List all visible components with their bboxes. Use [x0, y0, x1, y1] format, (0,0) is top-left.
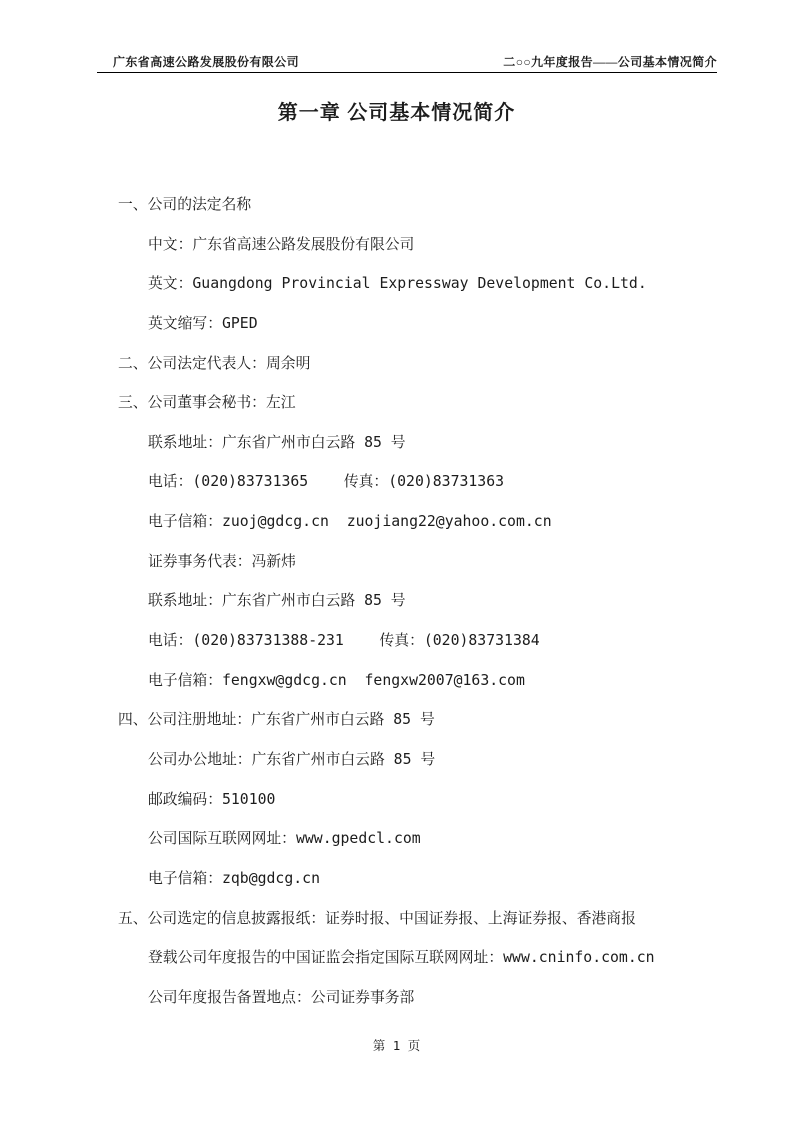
document-line: 电子信箱：zqb@gdcg.cn — [97, 859, 757, 899]
document-line: 中文：广东省高速公路发展股份有限公司 — [97, 225, 757, 265]
document-line: 邮政编码：510100 — [97, 780, 757, 820]
document-line: 证券事务代表：冯新炜 — [97, 542, 757, 582]
document-line: 公司办公地址：广东省广州市白云路 85 号 — [97, 740, 757, 780]
document-line: 电子信箱：fengxw@gdcg.cn fengxw2007@163.com — [97, 661, 757, 701]
document-line: 五、公司选定的信息披露报纸：证券时报、中国证券报、上海证券报、香港商报 — [97, 899, 757, 939]
page-footer: 第 1 页 — [0, 1036, 793, 1054]
document-line: 联系地址：广东省广州市白云路 85 号 — [97, 581, 757, 621]
header-report-title: 二○○九年度报告——公司基本情况简介 — [503, 53, 717, 70]
document-line: 二、公司法定代表人：周余明 — [97, 344, 757, 384]
document-line: 公司国际互联网网址：www.gpedcl.com — [97, 819, 757, 859]
document-line: 四、公司注册地址：广东省广州市白云路 85 号 — [97, 700, 757, 740]
document-page: 广东省高速公路发展股份有限公司 二○○九年度报告——公司基本情况简介 第一章 公… — [0, 0, 793, 1122]
document-line: 电话：(020)83731365 传真：(020)83731363 — [97, 462, 757, 502]
document-line: 一、公司的法定名称 — [97, 185, 757, 225]
document-line: 登载公司年度报告的中国证监会指定国际互联网网址：www.cninfo.com.c… — [97, 938, 757, 978]
header-company-name: 广东省高速公路发展股份有限公司 — [113, 53, 299, 70]
header-divider — [97, 72, 717, 73]
document-line: 公司年度报告备置地点：公司证券事务部 — [97, 978, 757, 1018]
document-line: 电话：(020)83731388-231 传真：(020)83731384 — [97, 621, 757, 661]
document-line: 三、公司董事会秘书：左江 — [97, 383, 757, 423]
document-line: 电子信箱：zuoj@gdcg.cn zuojiang22@yahoo.com.c… — [97, 502, 757, 542]
document-line: 联系地址：广东省广州市白云路 85 号 — [97, 423, 757, 463]
document-line: 英文缩写：GPED — [97, 304, 757, 344]
document-line: 英文：Guangdong Provincial Expressway Devel… — [97, 264, 757, 304]
chapter-title: 第一章 公司基本情况简介 — [0, 96, 793, 125]
document-body: 一、公司的法定名称中文：广东省高速公路发展股份有限公司英文：Guangdong … — [97, 185, 757, 1017]
